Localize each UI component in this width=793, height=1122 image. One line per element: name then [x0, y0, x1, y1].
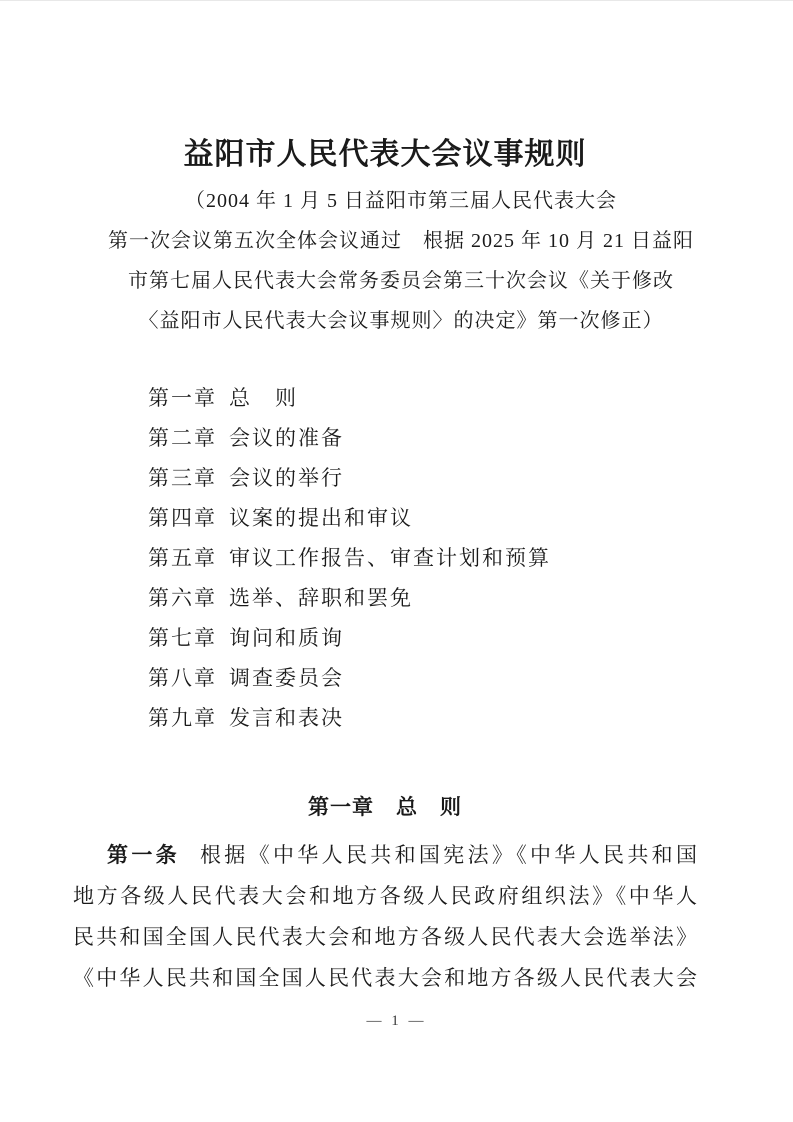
toc-item: 第一章总 则 [148, 378, 697, 418]
toc-item: 第六章选举、辞职和罢免 [148, 578, 697, 618]
document-content: 益阳市人民代表大会议事规则 （2004 年 1 月 5 日益阳市第三届人民代表大… [73, 1, 697, 999]
document-page: 益阳市人民代表大会议事规则 （2004 年 1 月 5 日益阳市第三届人民代表大… [0, 0, 793, 1122]
toc-chapter-number: 第七章 [148, 626, 217, 650]
toc-chapter-title: 询问和质询 [229, 626, 344, 650]
preamble: （2004 年 1 月 5 日益阳市第三届人民代表大会 第一次会议第五次全体会议… [105, 181, 697, 341]
document-title: 益阳市人民代表大会议事规则 [73, 137, 697, 173]
toc-chapter-title: 会议的准备 [229, 426, 344, 450]
article-body-line: 地方各级人民代表大会和地方各级人民政府组织法》《中华人 [73, 876, 697, 917]
article-number-label: 第一条 [107, 844, 200, 867]
toc-chapter-number: 第六章 [148, 586, 217, 610]
toc-chapter-number: 第三章 [148, 466, 217, 490]
page-number: — 1 — [0, 1009, 793, 1033]
toc-chapter-title: 审议工作报告、审查计划和预算 [229, 546, 551, 570]
toc-chapter-number: 第四章 [148, 506, 217, 530]
toc-chapter-title: 会议的举行 [229, 466, 344, 490]
toc-chapter-number: 第五章 [148, 546, 217, 570]
table-of-contents: 第一章总 则 第二章会议的准备 第三章会议的举行 第四章议案的提出和审议 第五章… [73, 378, 697, 738]
toc-chapter-title: 选举、辞职和罢免 [229, 586, 413, 610]
chapter-one-heading: 第一章 总 则 [73, 793, 697, 823]
toc-item: 第二章会议的准备 [148, 418, 697, 458]
toc-chapter-title: 总 则 [229, 386, 298, 410]
toc-chapter-title: 调查委员会 [229, 666, 344, 690]
toc-item: 第七章询问和质询 [148, 618, 697, 658]
article-one: 第一条根据《中华人民共和国宪法》《中华人民共和国 地方各级人民代表大会和地方各级… [73, 835, 697, 999]
preamble-line: 〈益阳市人民代表大会议事规则〉的决定》第一次修正） [105, 301, 697, 341]
toc-item: 第九章发言和表决 [148, 698, 697, 738]
article-body-line: 民共和国全国人民代表大会和地方各级人民代表大会选举法》 [73, 917, 697, 958]
toc-item: 第三章会议的举行 [148, 458, 697, 498]
preamble-line: 市第七届人民代表大会常务委员会第三十次会议《关于修改 [105, 261, 697, 301]
preamble-line: 第一次会议第五次全体会议通过 根据 2025 年 10 月 21 日益阳 [105, 221, 697, 261]
toc-chapter-number: 第二章 [148, 426, 217, 450]
toc-item: 第八章调查委员会 [148, 658, 697, 698]
toc-chapter-number: 第一章 [148, 386, 217, 410]
toc-item: 第五章审议工作报告、审查计划和预算 [148, 538, 697, 578]
article-body-text: 根据《中华人民共和国宪法》《中华人民共和国 [200, 843, 697, 867]
toc-chapter-title: 发言和表决 [229, 706, 344, 730]
toc-chapter-title: 议案的提出和审议 [229, 506, 413, 530]
article-body-line: 第一条根据《中华人民共和国宪法》《中华人民共和国 [73, 835, 697, 876]
preamble-line: （2004 年 1 月 5 日益阳市第三届人民代表大会 [105, 181, 697, 221]
toc-chapter-number: 第九章 [148, 706, 217, 730]
toc-item: 第四章议案的提出和审议 [148, 498, 697, 538]
article-body-line: 《中华人民共和国全国人民代表大会和地方各级人民代表大会 [73, 958, 697, 999]
toc-chapter-number: 第八章 [148, 666, 217, 690]
